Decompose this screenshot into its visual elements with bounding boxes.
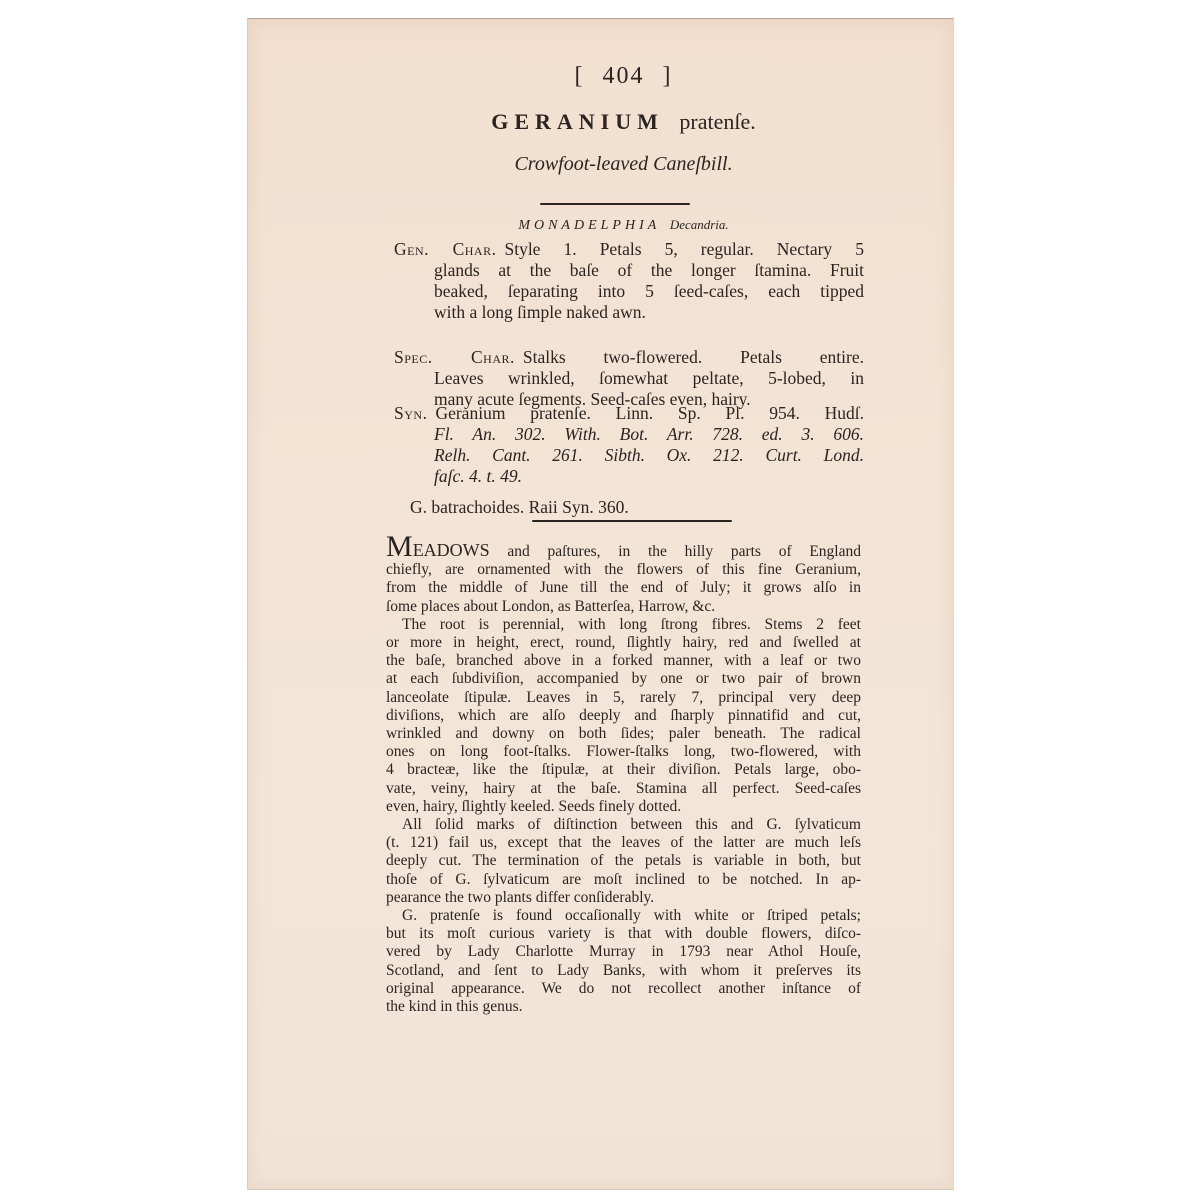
body-line: but its moſt curious variety is that wit…	[386, 925, 861, 943]
gen-char-line: with a long ſimple naked awn.	[394, 302, 864, 323]
syn-alt-line: G. batrachoides. Raii Syn. 360.	[410, 497, 880, 518]
body-line: wrinkled and downy on both ſides; paler …	[386, 725, 861, 743]
body-line: 4 bracteæ, like the ſtipulæ, at their di…	[386, 761, 861, 779]
body-line: or more in height, erect, round, ſlightl…	[386, 634, 861, 652]
specific-character: Spec. Char.Stalks two-flowered. Petals e…	[394, 347, 864, 410]
body-line: thoſe of G. ſylvaticum are moſt inclined…	[386, 871, 861, 889]
body-line: the kind in this genus.	[386, 998, 861, 1016]
body-line: pearance the two plants differ conſidera…	[386, 889, 861, 907]
generic-character: Gen. Char.Style 1. Petals 5, regular. Ne…	[394, 239, 864, 323]
common-name: Crowfoot-leaved Caneſbill.	[386, 153, 861, 176]
page-number: [ 404 ]	[386, 63, 861, 90]
gen-char-line: beaked, ſeparating into 5 ſeed-caſes, ea…	[394, 281, 864, 302]
gen-char-label: Gen. Char.	[394, 239, 496, 259]
body-line: chiefly, are ornamented with the flowers…	[386, 561, 861, 579]
classification: MONADELPHIA Decandria.	[386, 217, 861, 234]
body-line: vered by Lady Charlotte Murray in 1793 n…	[386, 943, 861, 961]
body-line: even, hairy, ſlightly keeled. Seeds fine…	[386, 798, 861, 816]
syn-line: Geranium pratenſe. Linn. Sp. Pl. 954. Hu…	[435, 403, 864, 423]
body-line: original appearance. We do not recollect…	[386, 980, 861, 998]
gen-char-line: Style 1. Petals 5, regular. Nectary 5	[504, 239, 864, 259]
first-word: EADOWS	[413, 540, 490, 560]
body-line: vate, veiny, hairy at the baſe. Stamina …	[386, 780, 861, 798]
body-line: lanceolate ſtipulæ. Leaves in 5, rarely …	[386, 689, 861, 707]
synonym-alt: G. batrachoides. Raii Syn. 360.	[410, 497, 880, 518]
body-line: from the middle of June till the end of …	[386, 579, 861, 597]
divider-rule	[532, 520, 732, 522]
syn-line: Relh. Cant. 261. Sibth. Ox. 212. Curt. L…	[394, 445, 864, 466]
body-line: (t. 121) fail us, except that the leaves…	[386, 834, 861, 852]
body-line: the baſe, branched above in a forked man…	[386, 652, 861, 670]
classification-class: MONADELPHIA	[518, 218, 660, 233]
body-line: All ſolid marks of diſtinction between t…	[386, 816, 861, 834]
page-title: GERANIUM pratenſe.	[386, 109, 861, 135]
spec-char-line: Stalks two-flowered. Petals entire.	[523, 347, 864, 367]
title-genus: GERANIUM	[491, 109, 664, 134]
gen-char-line: glands at the baſe of the longer ſtamina…	[394, 260, 864, 281]
syn-line: faſc. 4. t. 49.	[394, 466, 864, 487]
syn-label: Syn.	[394, 403, 427, 423]
book-page: [ 404 ] GERANIUM pratenſe. Crowfoot-leav…	[247, 18, 954, 1190]
title-species: pratenſe.	[679, 109, 755, 134]
drop-cap: M	[386, 530, 413, 563]
body-line: The root is perennial, with long ſtrong …	[386, 616, 861, 634]
body-line: at each ſubdiviſion, accompanied by one …	[386, 670, 861, 688]
syn-line: Fl. An. 302. With. Bot. Arr. 728. ed. 3.…	[394, 424, 864, 445]
synonyms: Syn.Geranium pratenſe. Linn. Sp. Pl. 954…	[394, 403, 864, 487]
body-line: deeply cut. The termination of the petal…	[386, 852, 861, 870]
classification-order: Decandria.	[670, 217, 729, 232]
description-text: MEADOWS and paſtures, in the hilly parts…	[386, 539, 861, 1016]
body-line: Scotland, and ſent to Lady Banks, with w…	[386, 962, 861, 980]
spec-char-line: Leaves wrinkled, ſomewhat peltate, 5-lob…	[394, 368, 864, 389]
spec-char-label: Spec. Char.	[394, 347, 515, 367]
divider-rule	[540, 203, 690, 205]
body-line: diviſions, which are alſo deeply and ſha…	[386, 707, 861, 725]
body-line: and paſtures, in the hilly parts of Engl…	[490, 543, 861, 560]
body-line: G. pratenſe is found occaſionally with w…	[386, 907, 861, 925]
body-line: ſome places about London, as Batterſea, …	[386, 598, 861, 616]
body-line: ones on long foot-ſtalks. Flower-ſtalks …	[386, 743, 861, 761]
